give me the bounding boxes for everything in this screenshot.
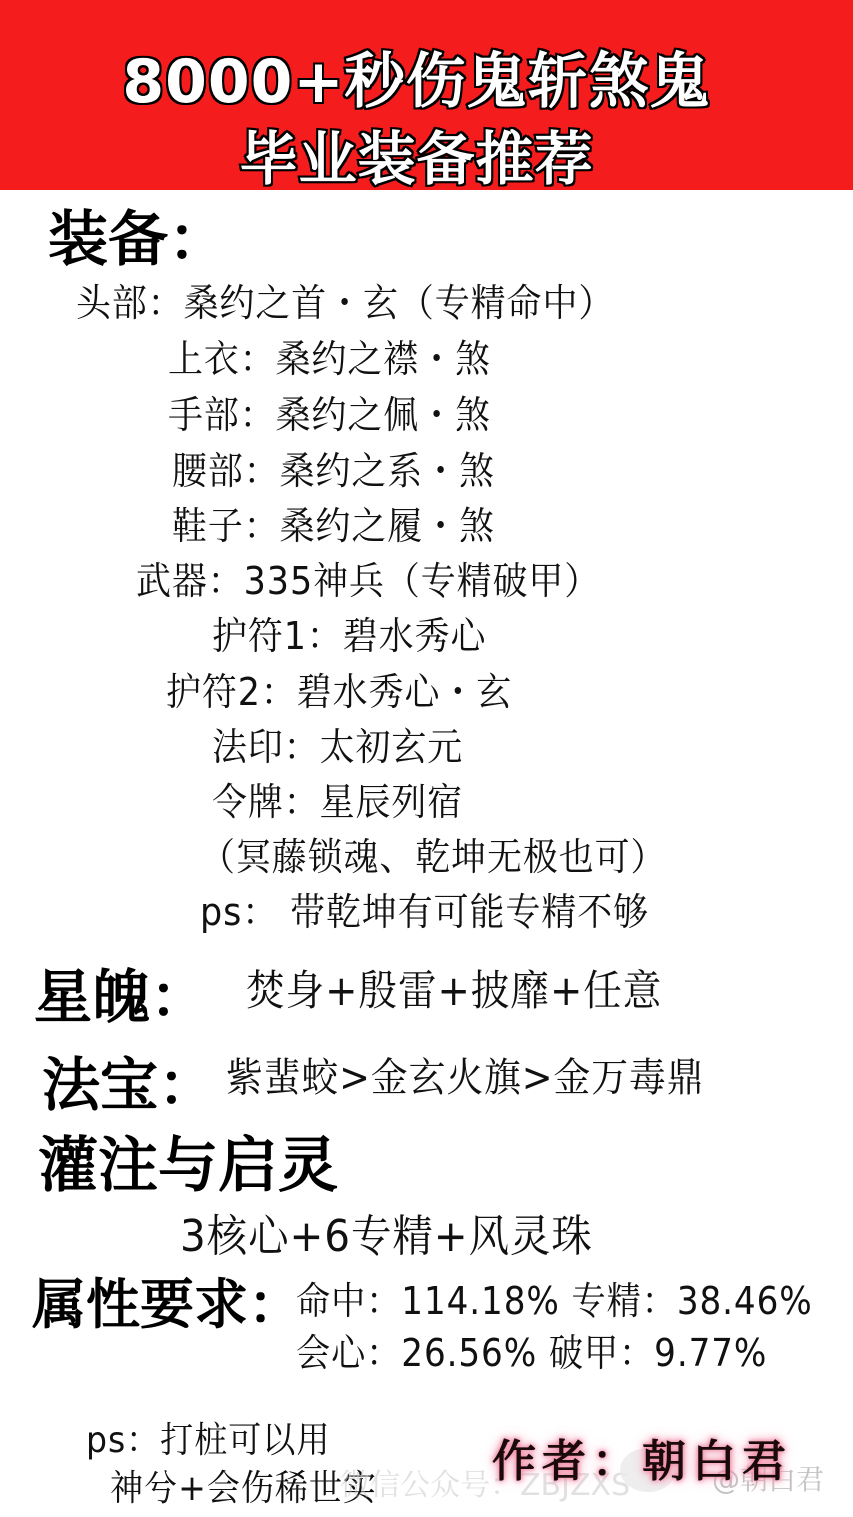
star-soul-value: 焚身+殷雷+披靡+任意 (246, 958, 662, 1018)
treasure-value: 紫蜚蛟>金玄火旗>金万毒鼎 (226, 1046, 704, 1103)
author-signature: 作者：朝白君 (492, 1425, 792, 1489)
treasure-heading: 法宝： (42, 1038, 216, 1122)
equipment-alternative-note: （冥藤锁魂、乾坤无极也可） (200, 826, 666, 881)
equipment-item-waist: 腰部：桑约之系・煞 (172, 440, 495, 495)
banner-title-line1: 8000+秒伤鬼斩煞鬼 (0, 34, 843, 120)
equipment-item-hands: 手部：桑约之佩・煞 (168, 384, 491, 439)
title-banner: 8000+秒伤鬼斩煞鬼 毕业装备推荐 (0, 0, 853, 190)
equipment-item-amulet2: 护符2：碧水秀心・玄 (166, 661, 512, 716)
star-soul-heading: 星魄： (34, 950, 208, 1034)
equipment-item-top: 上衣：桑约之襟・煞 (168, 328, 491, 383)
banner-title-line2: 毕业装备推荐 (0, 112, 843, 196)
footer-ps-line1: ps：打桩可以用 (86, 1412, 330, 1463)
equipment-ps-note: ps： 带乾坤有可能专精不够 (200, 881, 649, 936)
equipment-item-shoes: 鞋子：桑约之履・煞 (172, 495, 495, 550)
attributes-heading: 属性要求： (32, 1262, 302, 1339)
attributes-row2: 会心：26.56% 破甲：9.77% (296, 1322, 767, 1377)
equipment-item-weapon: 武器：335神兵（专精破甲） (136, 550, 600, 605)
infusion-heading: 灌注与启灵 (38, 1118, 338, 1204)
infusion-value: 3核心+6专精+风灵珠 (180, 1200, 593, 1264)
equipment-heading: 装备： (48, 192, 228, 278)
equipment-item-token: 令牌：星辰列宿 (212, 771, 463, 826)
equipment-item-seal: 法印：太初玄元 (212, 716, 463, 771)
footer-ps-line2: 神兮+会伤稀世实 (110, 1460, 377, 1511)
equipment-item-amulet1: 护符1：碧水秀心 (212, 605, 486, 660)
equipment-item-head: 头部：桑约之首・玄（专精命中） (76, 272, 614, 327)
attributes-row1: 命中：114.18% 专精：38.46% (296, 1270, 813, 1325)
